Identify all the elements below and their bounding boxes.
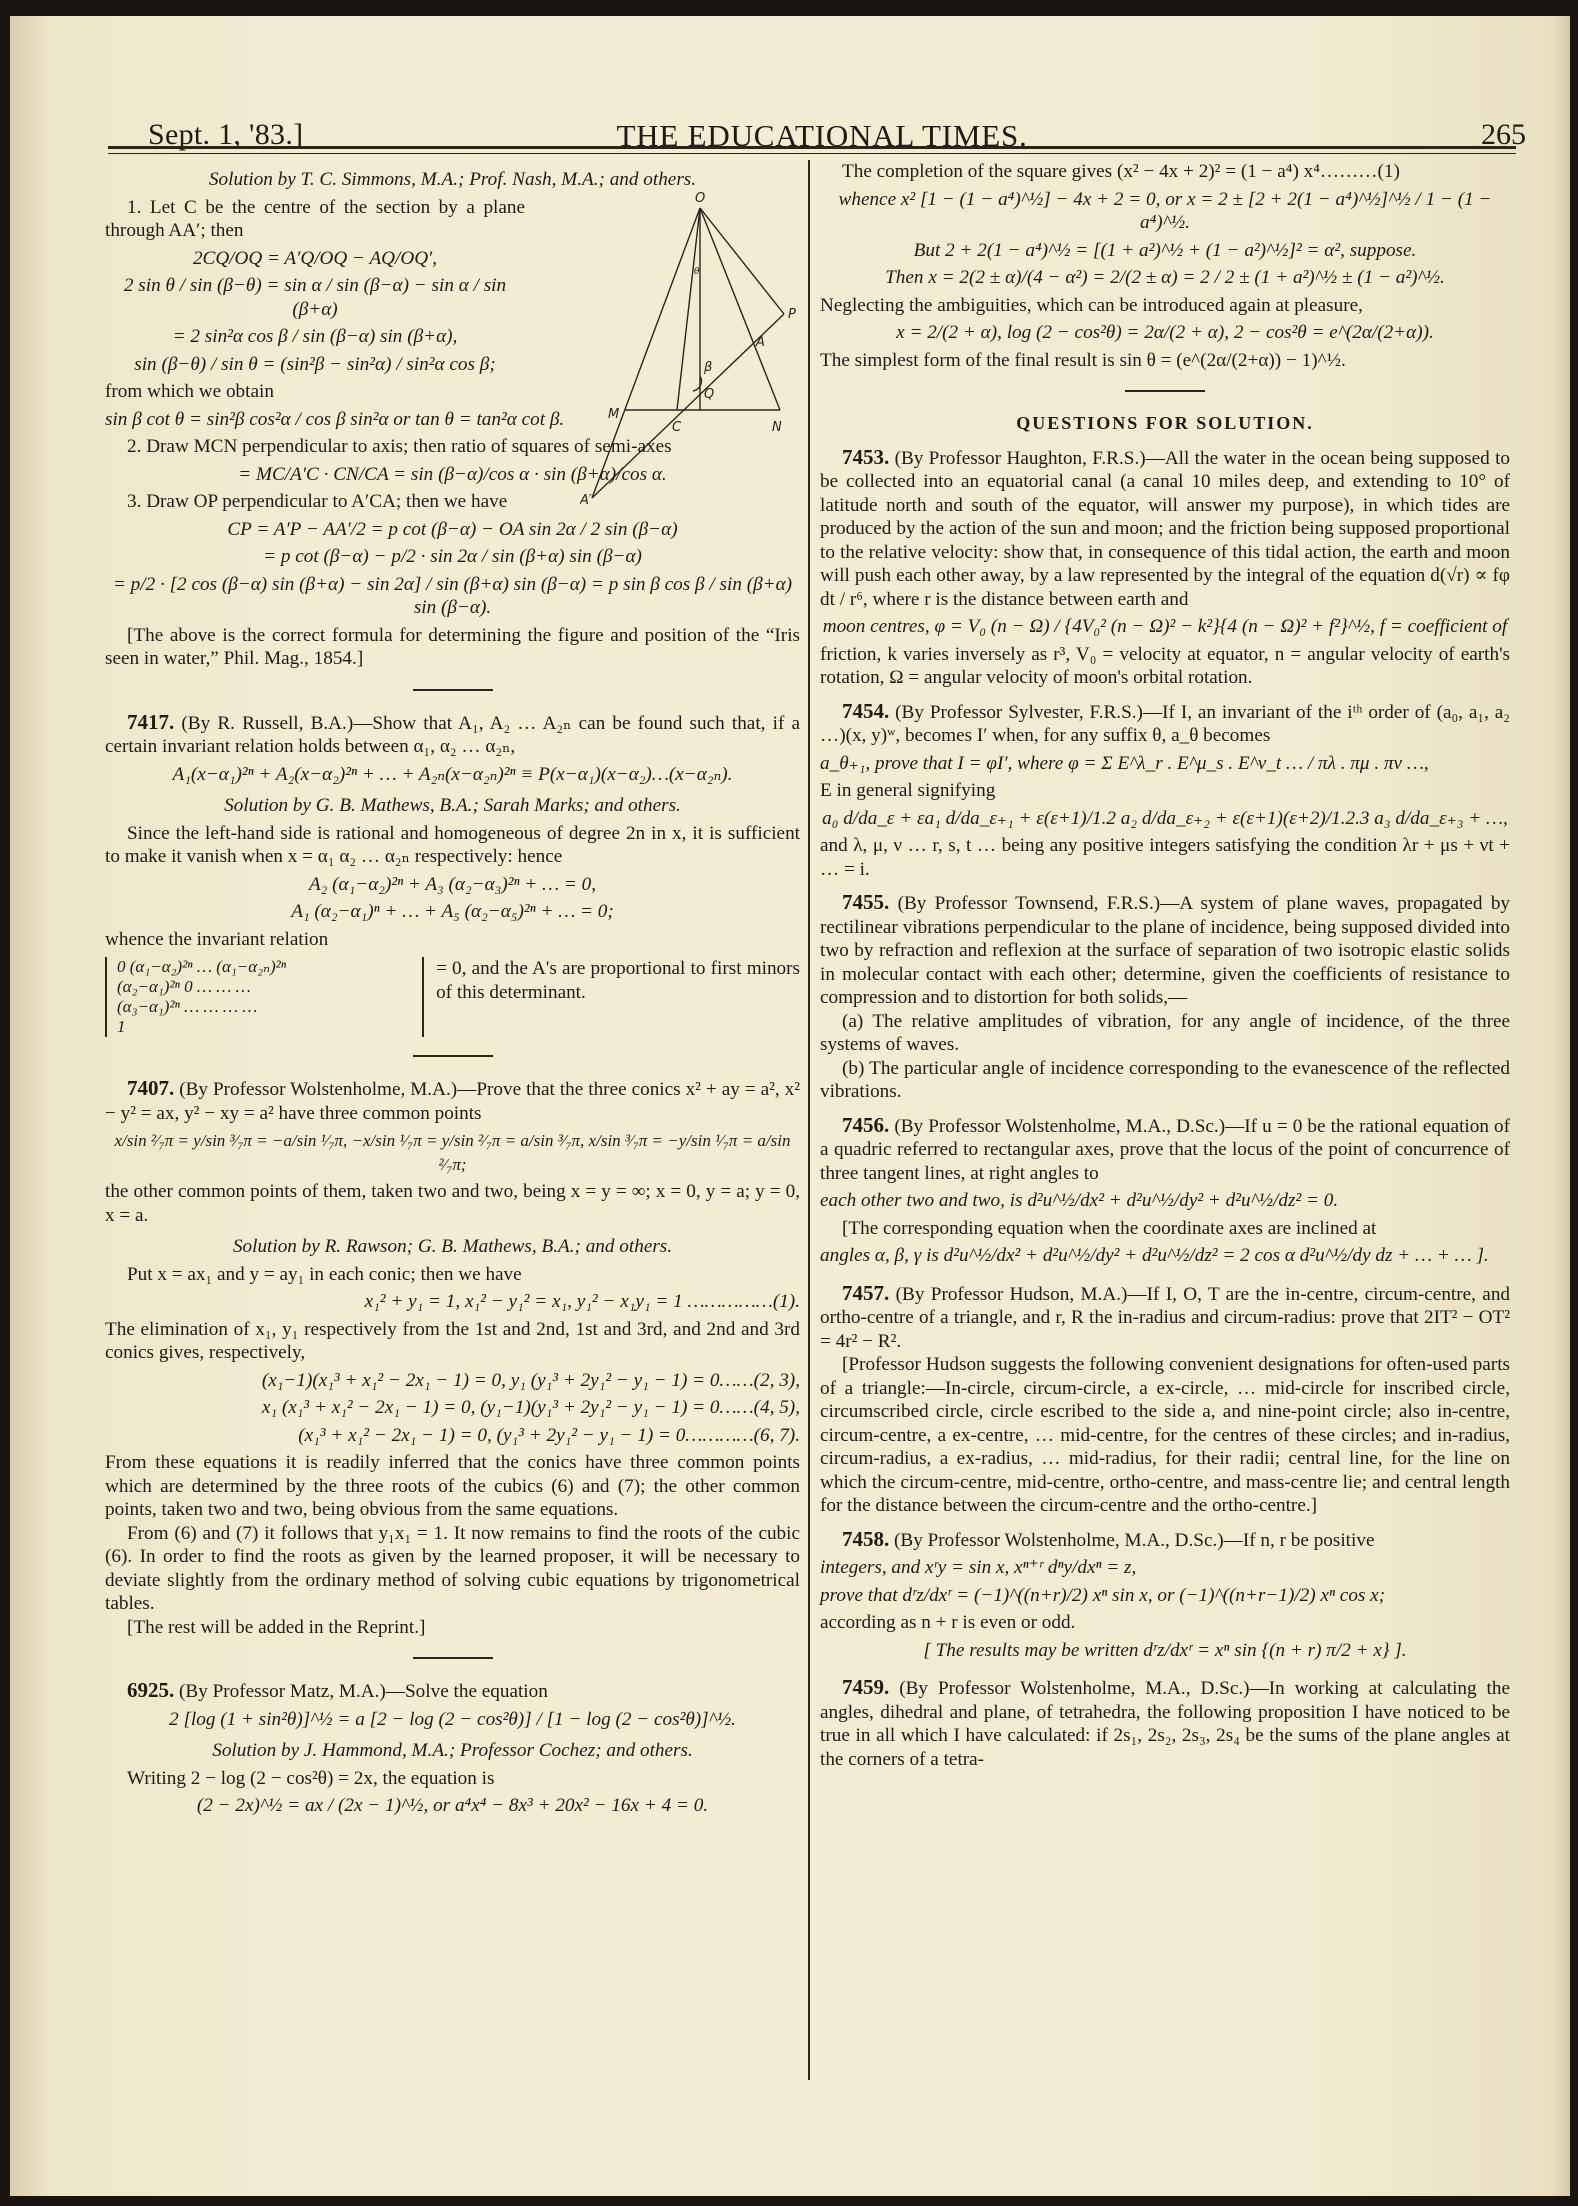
question-text: —If n, r be positive: [1224, 1530, 1375, 1551]
equation: x₁ (x₁³ + x₁² − 2x₁ − 1) = 0, (y₁−1)(y₁³…: [105, 1396, 800, 1420]
question-proposer: (By R. Russell, B.A.): [181, 713, 353, 734]
solution-byline: Solution by G. B. Mathews, B.A.; Sarah M…: [105, 794, 800, 818]
equation: = p cot (β−α) − p/2 · sin 2α / sin (β+α)…: [105, 545, 800, 569]
question-6925: 6925. (By Professor Matz, M.A.)—Solve th…: [105, 1679, 800, 1818]
equation: a_θ₊₁, prove that I = φI′, where φ = Σ E…: [820, 752, 1510, 776]
question-number: 6925.: [127, 1678, 174, 1702]
question-7454: 7454. (By Professor Sylvester, F.R.S.)—I…: [820, 700, 1510, 882]
paragraph: The completion of the square gives (x² −…: [820, 160, 1510, 184]
paragraph: 3. Draw OP perpendicular to A′CA; then w…: [105, 490, 800, 514]
equation: 2 sin θ / sin (β−θ) = sin α / sin (β−α) …: [105, 274, 525, 321]
paragraph: Writing 2 − log (2 − cos²θ) = 2x, the eq…: [105, 1767, 800, 1791]
sub-question-a: (a) The relative amplitudes of vibration…: [820, 1010, 1510, 1057]
editorial-note: [ The results may be written dʳz/dxʳ = x…: [820, 1639, 1510, 1663]
equation: angles α, β, γ is d²u^½/dx² + d²u^½/dy² …: [820, 1244, 1510, 1268]
equation: A₂ (α₁−α₂)²ⁿ + A₃ (α₂−α₃)²ⁿ + … = 0,: [105, 873, 800, 897]
determinant-row: 1: [117, 1017, 412, 1037]
equation: prove that dʳz/dxʳ = (−1)^((n+r)/2) xⁿ s…: [820, 1584, 1510, 1608]
question-number: 7407.: [127, 1076, 174, 1100]
section-separator: [413, 1055, 493, 1057]
left-column: Solution by T. C. Simmons, M.A.; Prof. N…: [105, 160, 800, 1822]
solution-continuation: The completion of the square gives (x² −…: [820, 160, 1510, 372]
equation: = 2 sin²α cos β / sin (β−α) sin (β+α),: [105, 325, 525, 349]
paragraph: friction, k varies inversely as r³, V₀ =…: [820, 643, 1510, 690]
determinant: 0 (α₁−α₂)²ⁿ … (α₁−α₂ₙ)²ⁿ (α₂−α₁)²ⁿ 0 … ……: [105, 957, 800, 1037]
section-separator: [413, 689, 493, 691]
paragraph: according as n + r is even or odd.: [820, 1611, 1510, 1635]
equation: whence x² [1 − (1 − a⁴)^½] − 4x + 2 = 0,…: [820, 188, 1510, 235]
question-7458: 7458. (By Professor Wolstenholme, M.A., …: [820, 1528, 1510, 1663]
paragraph: Since the left-hand side is rational and…: [105, 822, 800, 869]
header-rule: [108, 146, 1516, 154]
equation: 2 [log (1 + sin²θ)]^½ = a [2 − log (2 − …: [105, 1708, 800, 1732]
paragraph: The simplest form of the final result is…: [820, 349, 1510, 373]
determinant-matrix: 0 (α₁−α₂)²ⁿ … (α₁−α₂ₙ)²ⁿ (α₂−α₁)²ⁿ 0 … ……: [105, 957, 424, 1037]
equation: But 2 + 2(1 − a⁴)^½ = [(1 + a²)^½ + (1 −…: [820, 239, 1510, 263]
determinant-row: (α₃−α₁)²ⁿ … … … …: [117, 997, 412, 1017]
question-text: —All the water in the ocean being suppos…: [820, 448, 1510, 610]
solution-byline: Solution by R. Rawson; G. B. Mathews, B.…: [105, 1235, 800, 1259]
solution-byline: Solution by T. C. Simmons, M.A.; Prof. N…: [105, 168, 800, 192]
question-proposer: (By Professor Sylvester, F.R.S.): [895, 702, 1143, 723]
equation: (x₁−1)(x₁³ + x₁² − 2x₁ − 1) = 0, y₁ (y₁³…: [105, 1369, 800, 1393]
paragraph: From these equations it is readily infer…: [105, 1451, 800, 1522]
equation: x/sin ²⁄₇π = y/sin ³⁄₇π = −a/sin ¹⁄₇π, −…: [105, 1129, 800, 1176]
paragraph: Neglecting the ambiguities, which can be…: [820, 294, 1510, 318]
paragraph: E in general signifying: [820, 779, 1510, 803]
section-heading: QUESTIONS FOR SOLUTION.: [820, 412, 1510, 436]
question-number: 7454.: [842, 699, 889, 723]
paragraph: The elimination of x₁, y₁ respectively f…: [105, 1318, 800, 1365]
question-7417: 7417. (By R. Russell, B.A.)—Show that A₁…: [105, 711, 800, 1038]
paragraph: 2. Draw MCN perpendicular to axis; then …: [105, 435, 800, 459]
equation: A₁ (α₂−α₁)ⁿ + … + A₅ (α₂−α₅)²ⁿ + … = 0;: [105, 900, 800, 924]
question-7407: 7407. (By Professor Wolstenholme, M.A.)—…: [105, 1077, 800, 1639]
question-proposer: (By Professor Wolstenholme, M.A.): [179, 1079, 457, 1100]
question-proposer: (By Professor Wolstenholme, M.A., D.Sc.): [894, 1116, 1225, 1137]
paragraph: from which we obtain: [105, 380, 525, 404]
question-proposer: (By Professor Hudson, M.A.): [896, 1284, 1128, 1305]
solution-byline: Solution by J. Hammond, M.A.; Professor …: [105, 1739, 800, 1763]
simmons-solution: Solution by T. C. Simmons, M.A.; Prof. N…: [105, 168, 800, 671]
section-separator: [1125, 390, 1205, 392]
question-number: 7456.: [842, 1113, 889, 1137]
equation: integers, and xʳy = sin x, xⁿ⁺ʳ dⁿy/dxⁿ …: [820, 1556, 1510, 1580]
question-proposer: (By Professor Wolstenholme, M.A., D.Sc.): [899, 1678, 1249, 1699]
sub-question-b: (b) The particular angle of incidence co…: [820, 1057, 1510, 1104]
equation: A₁(x−α₁)²ⁿ + A₂(x−α₂)²ⁿ + … + A₂ₙ(x−α₂ₙ)…: [105, 763, 800, 787]
section-separator: [413, 1657, 493, 1659]
question-number: 7457.: [842, 1281, 889, 1305]
question-proposer: (By Professor Townsend, F.R.S.): [898, 893, 1161, 914]
equation: a₀ d/da_ε + εa₁ d/da_ε₊₁ + ε(ε+1)/1.2 a₂…: [820, 807, 1510, 831]
editorial-note: [The above is the correct formula for de…: [105, 624, 800, 671]
question-7456: 7456. (By Professor Wolstenholme, M.A., …: [820, 1114, 1510, 1268]
editorial-note: [Professor Hudson suggests the following…: [820, 1353, 1510, 1518]
right-column: The completion of the square gives (x² −…: [820, 160, 1510, 1771]
question-number: 7459.: [842, 1675, 889, 1699]
editorial-note: [The corresponding equation when the coo…: [820, 1217, 1510, 1241]
question-number: 7458.: [842, 1527, 889, 1551]
question-7453: 7453. (By Professor Haughton, F.R.S.)—Al…: [820, 446, 1510, 690]
editorial-note: [The rest will be added in the Reprint.]: [105, 1616, 800, 1640]
equation: Then x = 2(2 ± α)/(4 − α²) = 2/(2 ± α) =…: [820, 266, 1510, 290]
question-number: 7417.: [127, 710, 174, 734]
equation: x₁² + y₁ = 1, x₁² − y₁² = x₁, y₁² − x₁y₁…: [105, 1290, 800, 1314]
paragraph: whence the invariant relation: [105, 928, 800, 952]
equation: x = 2/(2 + α), log (2 − cos²θ) = 2α/(2 +…: [820, 321, 1510, 345]
paragraph: Put x = ax₁ and y = ay₁ in each conic; t…: [105, 1263, 800, 1287]
determinant-row: 0 (α₁−α₂)²ⁿ … (α₁−α₂ₙ)²ⁿ: [117, 957, 412, 977]
paragraph: From (6) and (7) it follows that y₁x₁ = …: [105, 1522, 800, 1616]
question-7457: 7457. (By Professor Hudson, M.A.)—If I, …: [820, 1282, 1510, 1518]
equation: = MC/A′C · CN/CA = sin (β−α)/cos α · sin…: [105, 463, 800, 487]
determinant-row: (α₂−α₁)²ⁿ 0 … … …: [117, 977, 412, 997]
paragraph: and λ, μ, ν … r, s, t … being any positi…: [820, 834, 1510, 881]
question-number: 7453.: [842, 445, 889, 469]
paragraph: 1. Let C be the centre of the section by…: [105, 196, 525, 243]
equation: = p/2 · [2 cos (β−α) sin (β+α) − sin 2α]…: [105, 573, 800, 620]
equation: each other two and two, is d²u^½/dx² + d…: [820, 1189, 1510, 1213]
equation: (2 − 2x)^½ = ax / (2x − 1)^½, or a⁴x⁴ − …: [105, 1794, 800, 1818]
question-proposer: (By Professor Haughton, F.R.S.): [895, 448, 1146, 469]
paragraph: the other common points of them, taken t…: [105, 1180, 800, 1227]
question-number: 7455.: [842, 890, 889, 914]
equation: CP = A′P − AA′/2 = p cot (β−α) − OA sin …: [105, 518, 800, 542]
equation: sin β cot θ = sin²β cos²α / cos β sin²α …: [105, 408, 800, 432]
equation: (x₁³ + x₁² − 2x₁ − 1) = 0, (y₁³ + 2y₁² −…: [105, 1424, 800, 1448]
question-text: —Solve the equation: [386, 1681, 548, 1702]
equation: 2CQ/OQ = A′Q/OQ − AQ/OQ′,: [105, 247, 525, 271]
question-proposer: (By Professor Wolstenholme, M.A., D.Sc.): [894, 1530, 1224, 1551]
equation: sin (β−θ) / sin θ = (sin²β − sin²α) / si…: [105, 353, 525, 377]
question-proposer: (By Professor Matz, M.A.): [179, 1681, 386, 1702]
question-7459: 7459. (By Professor Wolstenholme, M.A., …: [820, 1676, 1510, 1771]
determinant-note: = 0, and the A's are proportional to fir…: [424, 957, 800, 1004]
question-7455: 7455. (By Professor Townsend, F.R.S.)—A …: [820, 891, 1510, 1104]
equation: moon centres, φ = V₀ (n − Ω) / {4V₀² (n …: [820, 615, 1510, 639]
